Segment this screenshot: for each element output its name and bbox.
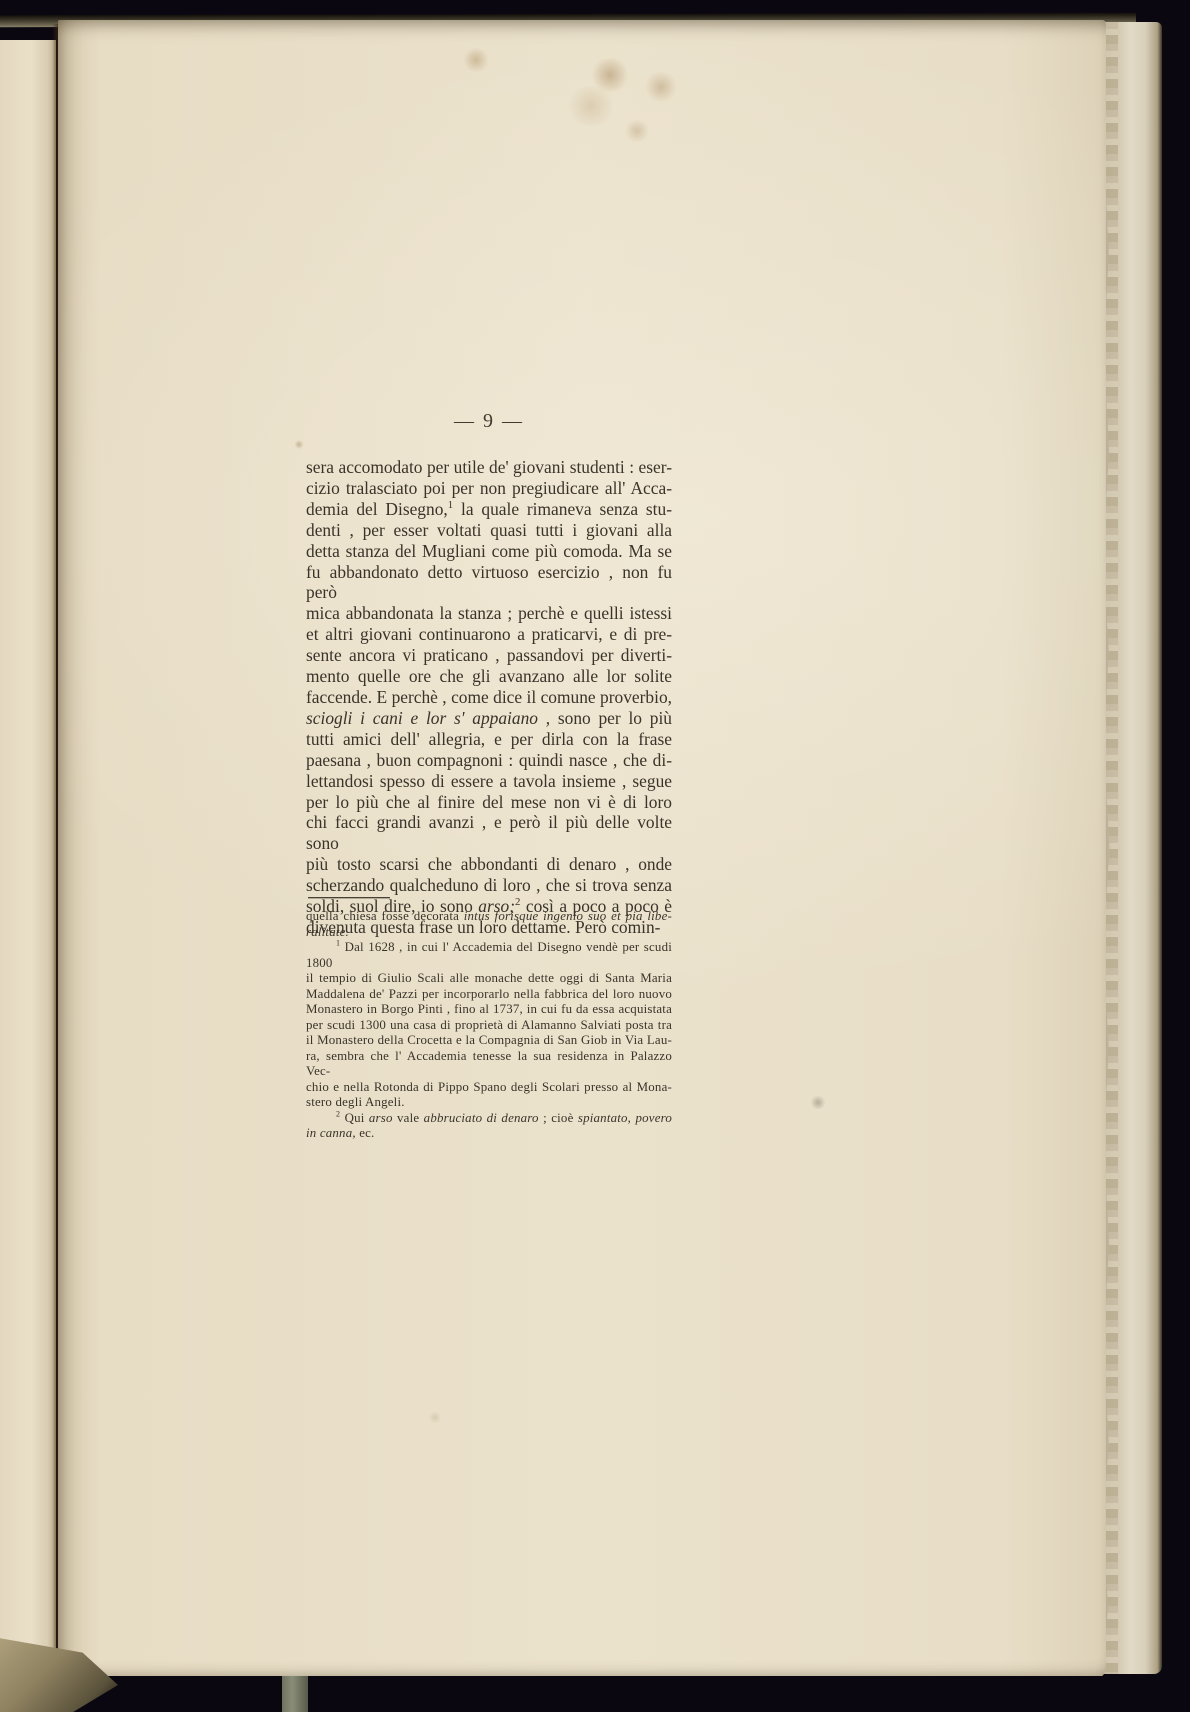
text-line: faccende. E perchè , come dice il comune… <box>306 687 672 708</box>
page-number: — 9 — <box>306 410 672 433</box>
text-line: stero degli Angeli. <box>306 1095 672 1111</box>
text-line: mica abbandonata la stanza ; perchè e qu… <box>306 603 672 624</box>
foxing-stain <box>644 72 678 102</box>
text-line: ra, sembra che l' Accademia tenesse la s… <box>306 1049 672 1080</box>
text-line: quella chiesa fosse decorata intus foris… <box>306 909 672 925</box>
foxing-stain <box>624 120 650 142</box>
ink-speck <box>294 440 304 449</box>
text-line: et altri giovani continuarono a praticar… <box>306 624 672 645</box>
text-line: Maddalena de' Pazzi per incorporarlo nel… <box>306 987 672 1003</box>
text-line: scherzando qualcheduno di loro , che si … <box>306 875 672 896</box>
foxing-stain <box>462 48 490 72</box>
text-line: cizio tralasciato poi per non pregiudica… <box>306 478 672 499</box>
book-page: — 9 — sera accomodato per utile de' giov… <box>58 20 1106 1678</box>
text-line: fu abbandonato detto virtuoso esercizio … <box>306 562 672 604</box>
text-line: 2 Qui arso vale abbruciato di denaro ; c… <box>306 1111 672 1127</box>
text-line: lettandosi spesso di essere a tavola ins… <box>306 771 672 792</box>
text-line: più tosto scarsi che abbondanti di denar… <box>306 854 672 875</box>
foxing-stain <box>566 86 616 126</box>
text-line: tutti amici dell' allegria, e per dirla … <box>306 729 672 750</box>
text-line: 1 Dal 1628 , in cui l' Accademia del Dis… <box>306 940 672 971</box>
text-line: per scudi 1300 una casa di proprietà di … <box>306 1018 672 1034</box>
text-line: ralitate. <box>306 925 672 941</box>
text-line: chi facci grandi avanzi , e però il più … <box>306 812 672 854</box>
text-line: in canna, ec. <box>306 1126 672 1142</box>
book-cover-edge-fragment <box>282 1676 308 1712</box>
background-bottom <box>0 1676 1190 1712</box>
main-paragraph: sera accomodato per utile de' giovani st… <box>306 457 672 938</box>
footnotes-block: quella chiesa fosse decorata intus foris… <box>306 909 672 1142</box>
text-line: il tempio di Giulio Scali alle monache d… <box>306 971 672 987</box>
text-line: sente ancora vi praticano , passandovi p… <box>306 645 672 666</box>
text-line: denti , per esser voltati quasi tutti i … <box>306 520 672 541</box>
text-line: mento quelle ore che gli avanzano alle l… <box>306 666 672 687</box>
text-line: sera accomodato per utile de' giovani st… <box>306 457 672 478</box>
foxing-stain <box>590 58 630 92</box>
paper-blemish <box>428 1412 442 1423</box>
text-line: per lo più che al finire del mese non vi… <box>306 792 672 813</box>
text-line: il Monastero della Crocetta e la Compagn… <box>306 1033 672 1049</box>
text-line: sciogli i cani e lor s' appaiano , sono … <box>306 708 672 729</box>
text-line: detta stanza del Mugliani come più comod… <box>306 541 672 562</box>
left-facing-page-sliver <box>0 40 56 1664</box>
scan-scene: — 9 — sera accomodato per utile de' giov… <box>0 0 1190 1712</box>
text-line: demia del Disegno,1 la quale rimaneva se… <box>306 499 672 520</box>
text-line: chio e nella Rotonda di Pippo Spano degl… <box>306 1080 672 1096</box>
ink-speck <box>810 1096 826 1109</box>
text-line: Monastero in Borgo Pinti , fino al 1737,… <box>306 1002 672 1018</box>
footnote-separator-rule <box>308 897 390 898</box>
text-line: paesana , buon compagnoni : quindi nasce… <box>306 750 672 771</box>
